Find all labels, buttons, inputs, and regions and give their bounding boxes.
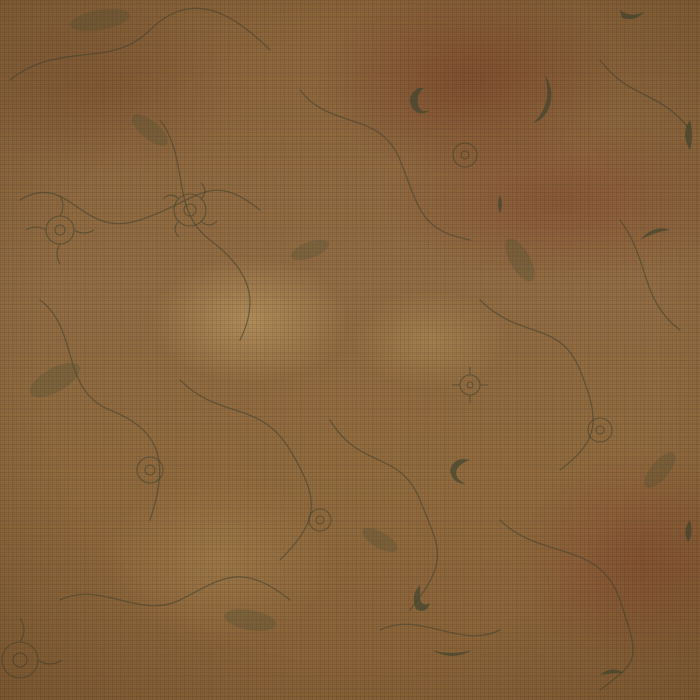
- edge-shading: [0, 0, 700, 700]
- rug-texture-image: [0, 0, 700, 700]
